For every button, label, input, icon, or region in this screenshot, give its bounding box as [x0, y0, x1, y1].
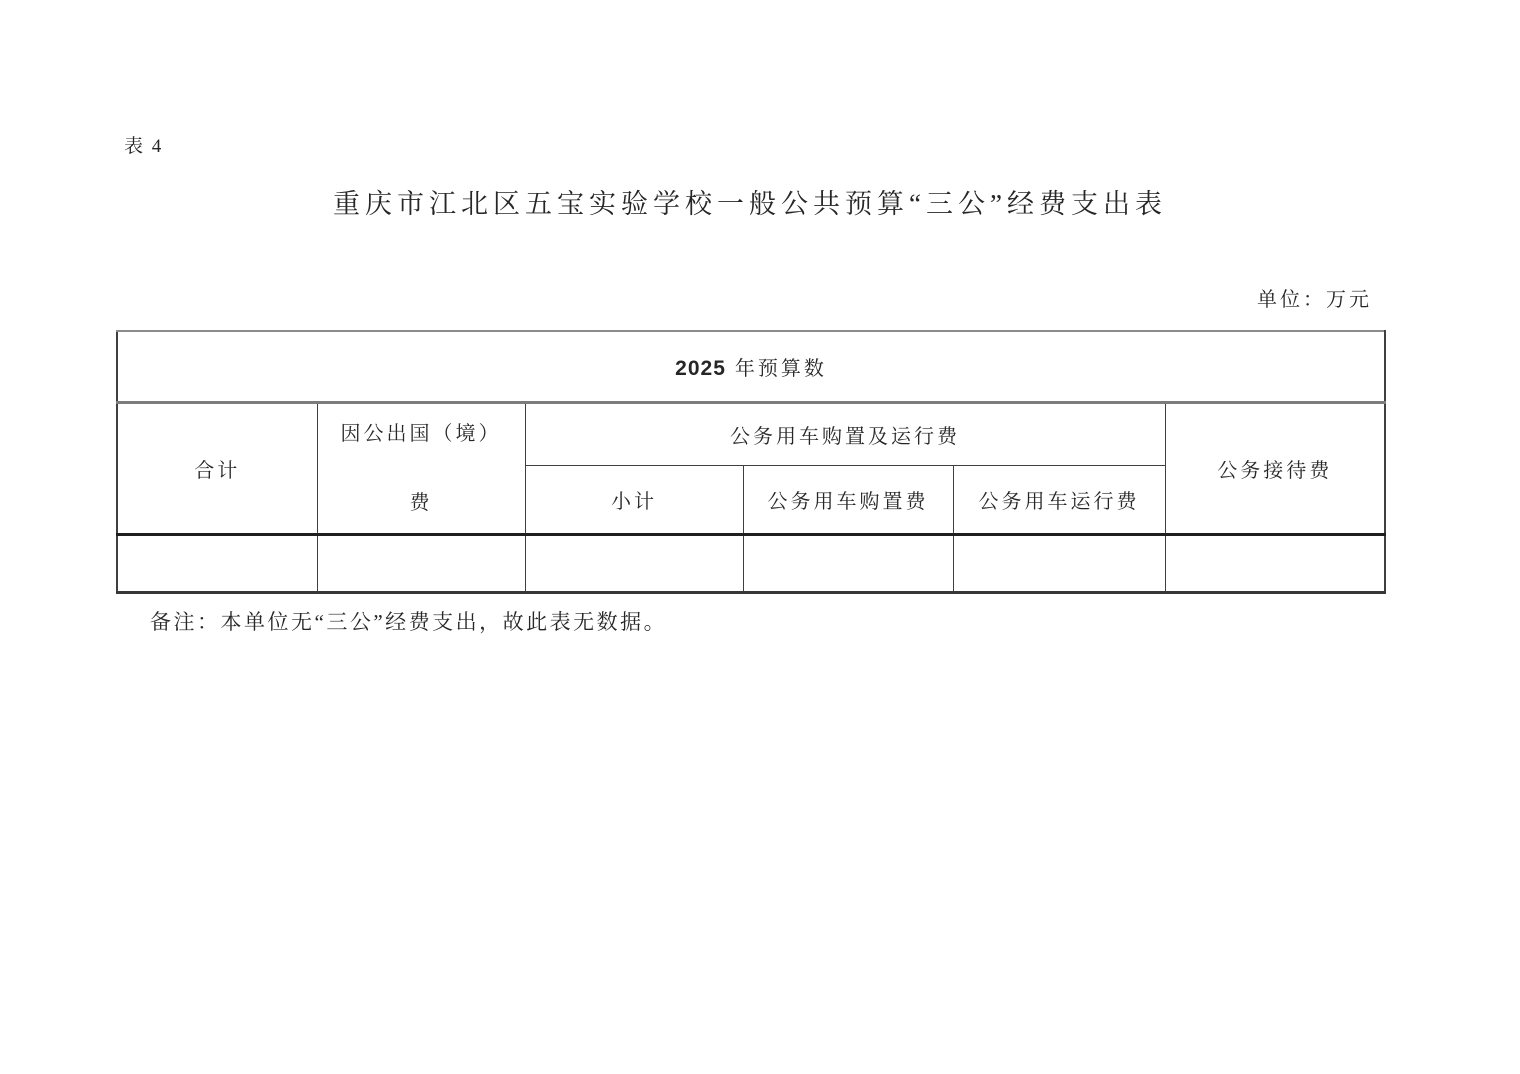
three-public-budget-table: 2025年预算数 合计 因公出国（境） 费 公务用车购置及运行费 公务接待费 小… [116, 330, 1386, 594]
year-header-row: 2025年预算数 [117, 331, 1385, 402]
col-header-vehicle-purchase: 公务用车购置费 [743, 465, 953, 534]
col-header-total: 合计 [117, 402, 317, 534]
col-header-vehicle-group: 公务用车购置及运行费 [525, 402, 1165, 465]
col-header-abroad-line1: 因公出国（境） [318, 423, 525, 445]
data-cell-vehicle-operation [953, 534, 1165, 592]
col-header-abroad: 因公出国（境） 费 [317, 402, 525, 534]
data-cell-vehicle-purchase [743, 534, 953, 592]
unit-note: 单位：万元 [1257, 283, 1372, 312]
col-header-abroad-line2: 费 [318, 492, 525, 514]
header-row-main: 合计 因公出国（境） 费 公务用车购置及运行费 公务接待费 [117, 402, 1385, 465]
col-header-reception: 公务接待费 [1165, 402, 1385, 534]
budget-year-value: 2025 [675, 357, 726, 380]
data-cell-total [117, 534, 317, 592]
year-header-cell: 2025年预算数 [117, 331, 1385, 402]
data-cell-abroad [317, 534, 525, 592]
data-cell-reception [1165, 534, 1385, 592]
col-header-vehicle-subtotal: 小计 [525, 465, 743, 534]
table-number-label: 表 4 [124, 131, 163, 158]
document-page: 表 4 重庆市江北区五宝实验学校一般公共预算“三公”经费支出表 单位：万元 20… [0, 0, 1520, 1074]
footnote: 备注：本单位无“三公”经费支出，故此表无数据。 [150, 606, 667, 636]
col-header-vehicle-operation: 公务用车运行费 [953, 465, 1165, 534]
document-title: 重庆市江北区五宝实验学校一般公共预算“三公”经费支出表 [116, 182, 1384, 221]
data-cell-vehicle-subtotal [525, 534, 743, 592]
data-row [117, 534, 1385, 592]
budget-year-suffix: 年预算数 [735, 358, 827, 380]
